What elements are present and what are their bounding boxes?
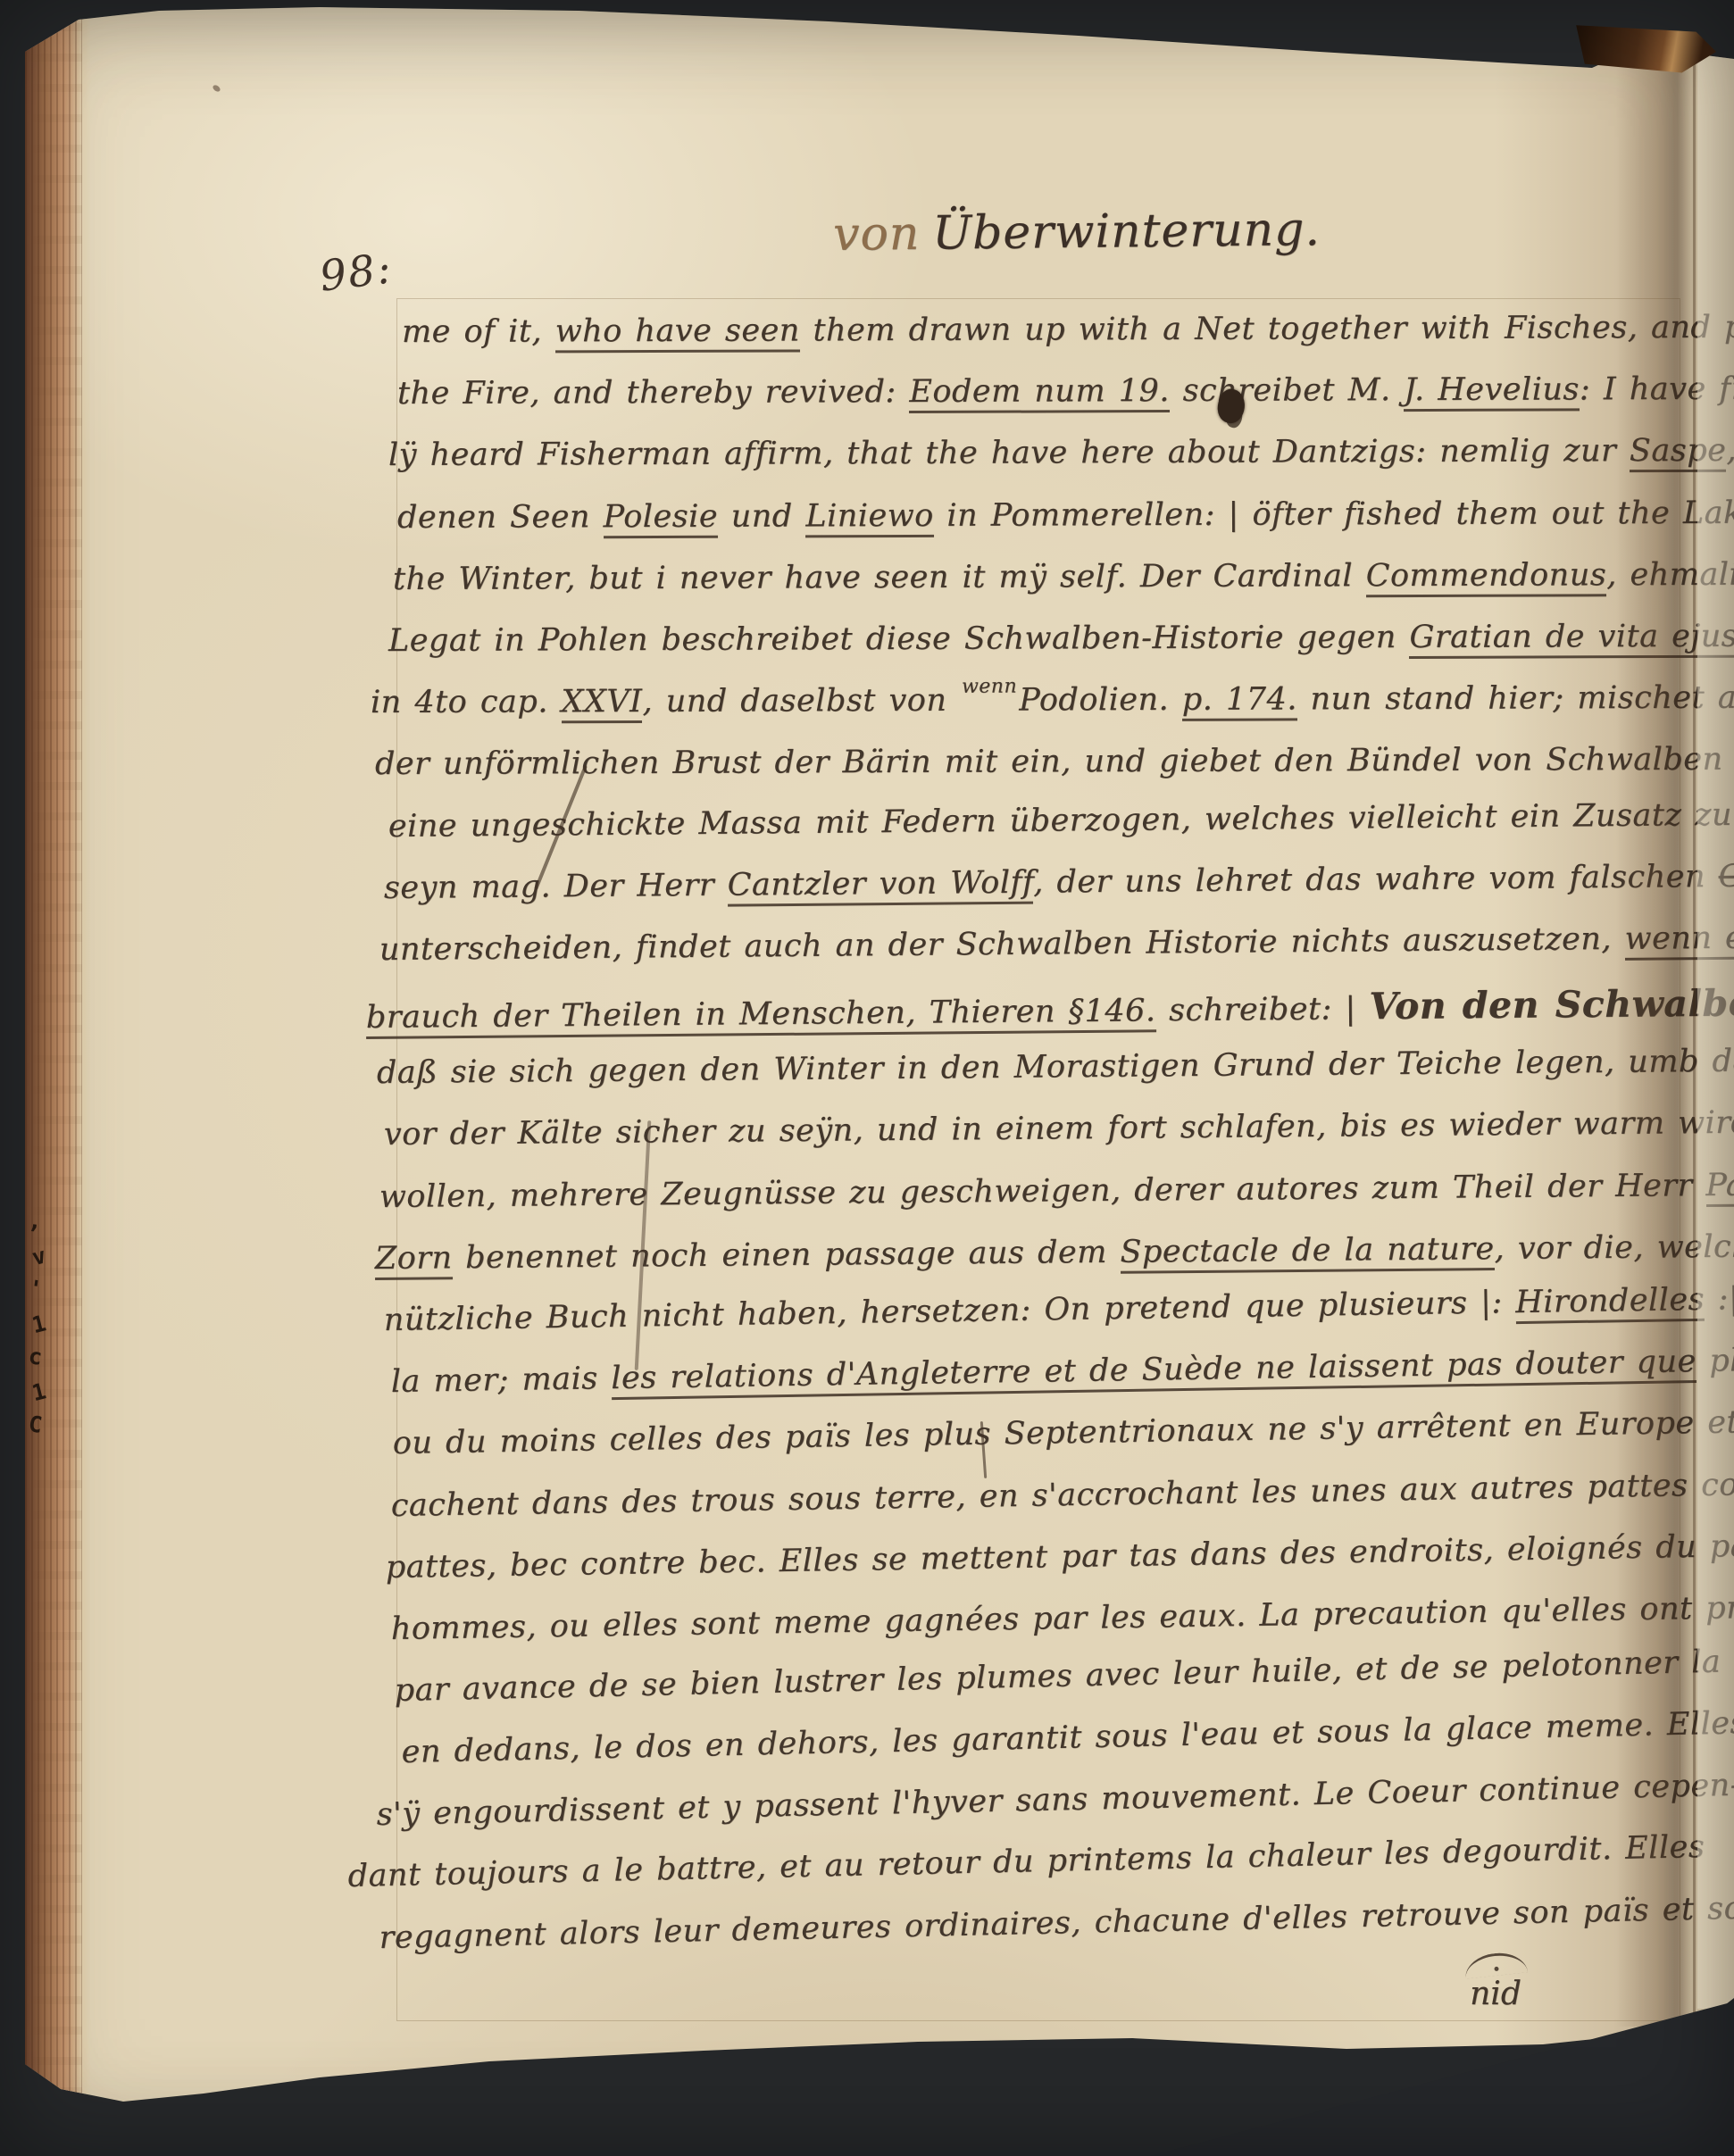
fore-edge: ,v'1c1C [25, 0, 82, 2156]
manuscript-text-segment: seyn mag. Der Herr [384, 867, 728, 905]
header-title: Überwinterung. [932, 203, 1321, 261]
manuscript-text-segment: who have seen [555, 312, 800, 353]
manuscript-text-segment: denen Seen [397, 499, 604, 536]
catchword-flourish [1463, 1950, 1528, 1978]
photo-background: ,v'1c1C 98: vonÜberwinterung. me of it, … [0, 0, 1734, 2156]
fore-edge-ink-mark: 1 [29, 1309, 61, 1337]
manuscript-line: eine ungeschickte Massa mit Federn überz… [388, 796, 1724, 870]
manuscript-text-segment: Spectacle de la nature [1120, 1231, 1495, 1274]
manuscript-text-segment: in Pommerellen: | öfter fished them out … [934, 495, 1734, 533]
manuscript-text-segment: XXVI [561, 684, 642, 723]
manuscript-text-segment: p. 174. [1182, 682, 1297, 721]
gutter-crease [1616, 36, 1691, 2027]
manuscript-text-segment: benennet noch einen passage aus dem [452, 1235, 1120, 1277]
manuscript-text-segment: Liniewo [805, 497, 934, 537]
manuscript-text-segment: the Winter, but i never have seen it mÿ … [393, 558, 1366, 597]
manuscript-text-segment: Podolien. [1019, 682, 1182, 719]
manuscript-text-segment: J. Hevelius [1404, 372, 1580, 412]
manuscript-line: vor der Kälte sicher zu seÿn, und in ein… [384, 1105, 1724, 1178]
manuscript-text-segment: Zorn [375, 1240, 453, 1280]
section-header: vonÜberwinterung. [833, 203, 1321, 262]
manuscript-line: the Winter, but i never have seen it mÿ … [393, 557, 1723, 623]
manuscript-line: the Fire, and thereby revived: Eodem num… [397, 371, 1723, 437]
manuscript-lines: me of it, who have seen them drawn up wi… [402, 314, 1723, 1982]
manuscript-text-segment: Eodem num 19. [909, 373, 1170, 413]
manuscript-text-segment: la mer; mais [390, 1361, 611, 1400]
manuscript-text-segment: schreibet M. [1170, 372, 1404, 409]
fore-edge-marks: ,v'1c1C [29, 1211, 55, 1436]
manuscript-text-segment: the Fire, and thereby revived: [397, 374, 909, 412]
manuscript-line: seyn mag. Der Herr Cantzler von Wolff, d… [384, 859, 1724, 932]
page-edge-line [1693, 50, 1696, 2012]
flourish-dot [1494, 1967, 1498, 1971]
manuscript-line: in 4to cap. XXVI, und daselbst von wennP… [371, 680, 1723, 746]
adjacent-page-edge [1697, 48, 1734, 2009]
page-number: 98: [317, 244, 396, 302]
manuscript-line: lÿ heard Fisherman affirm, that the have… [388, 433, 1723, 499]
manuscript-line: me of it, who have seen them drawn up wi… [402, 310, 1723, 376]
manuscript-text-segment: in 4to cap. [371, 684, 562, 720]
manuscript-line: denen Seen Polesie und Liniewo in Pommer… [397, 495, 1723, 561]
manuscript-text-segment: , und daselbst von [642, 683, 960, 720]
manuscript-text-segment: them drawn up with a Net together with F… [800, 309, 1734, 348]
fore-edge-ink-mark: c [27, 1344, 56, 1370]
fore-edge-ink-mark: v [29, 1241, 61, 1269]
manuscript-text-segment: Polesie [603, 498, 718, 537]
fore-edge-ink-mark: , [27, 1209, 56, 1235]
manuscript-line: Legat in Pohlen beschreibet diese Schwal… [388, 619, 1723, 685]
book-page: ,v'1c1C 98: vonÜberwinterung. me of it, … [25, 0, 1734, 2156]
manuscript-text-segment: Legat in Pohlen beschreibet diese Schwal… [388, 620, 1410, 659]
manuscript-text-segment: wenn [962, 676, 1017, 698]
manuscript-text-segment: und [718, 498, 805, 534]
header-prefix: von [833, 207, 921, 262]
manuscript-text-segment: Cantzler von Wolff [727, 864, 1033, 906]
manuscript-text-segment: me of it, [402, 313, 555, 350]
manuscript-text-segment: lÿ heard Fisherman affirm, that the have… [388, 434, 1630, 474]
fore-edge-ink-mark: 1 [29, 1377, 61, 1405]
manuscript-text-segment: schreibet: | [1155, 991, 1369, 1028]
manuscript-text-segment: Commendonus [1366, 557, 1607, 597]
catchword-text: nid [1470, 1976, 1521, 2012]
catchword: nid [1464, 1953, 1527, 2012]
manuscript-line: wollen, mehrere Zeugnüsse zu geschweigen… [379, 1167, 1724, 1240]
manuscript-text-segment: brauch der Theilen in Menschen, Thieren … [366, 993, 1156, 1039]
fore-edge-ink-mark: ' [27, 1277, 56, 1303]
fore-edge-ink-mark: C [27, 1412, 56, 1438]
paper-speck [212, 84, 221, 93]
